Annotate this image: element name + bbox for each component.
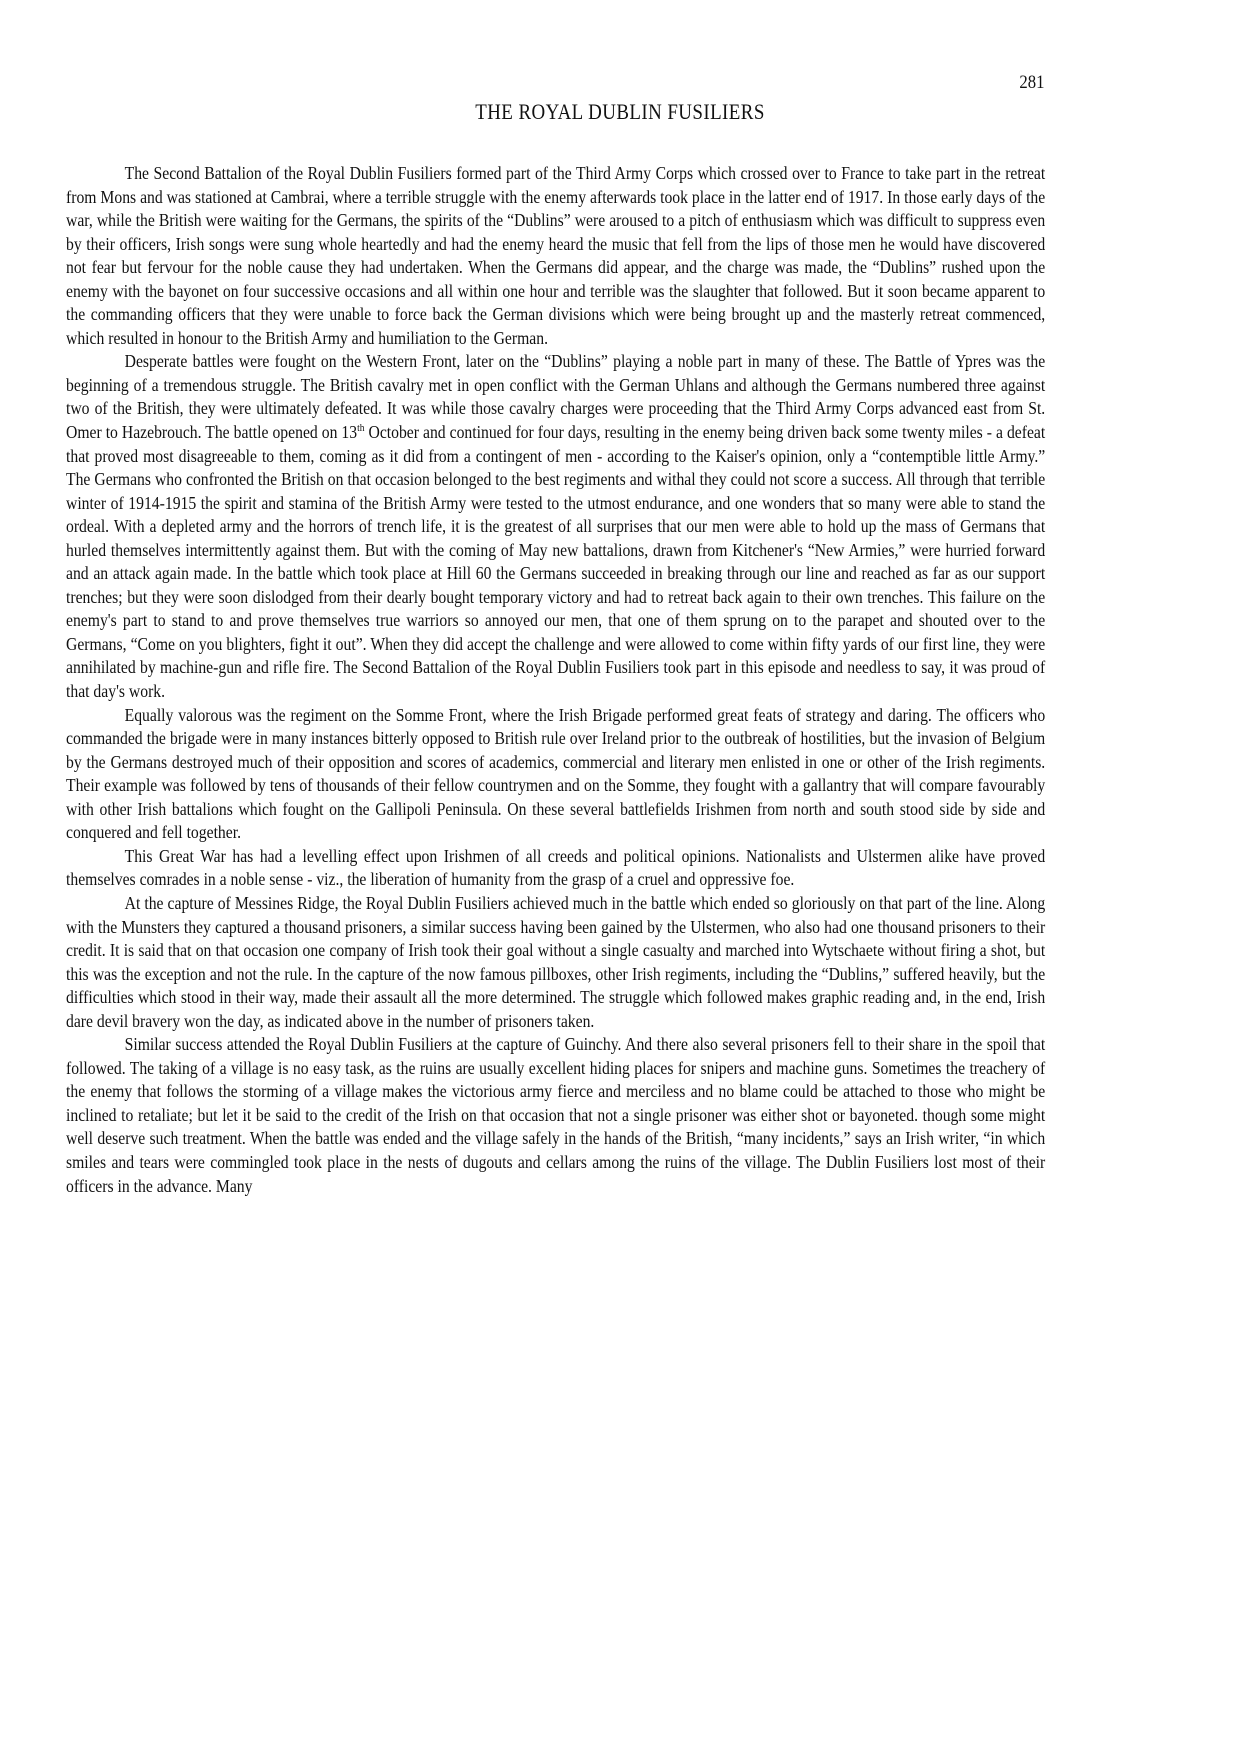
paragraph: Desperate battles were fought on the Wes… [66,350,1045,703]
paragraph: This Great War has had a levelling effec… [66,845,1045,892]
paragraph-text: October and continued for four days, res… [66,422,1045,701]
paragraph: Equally valorous was the regiment on the… [66,704,1045,845]
paragraph: The Second Battalion of the Royal Dublin… [66,162,1045,350]
body-text: The Second Battalion of the Royal Dublin… [66,162,1045,1198]
page-title: THE ROYAL DUBLIN FUSILIERS [87,99,1153,125]
paragraph: Similar success attended the Royal Dubli… [66,1033,1045,1198]
paragraph: At the capture of Messines Ridge, the Ro… [66,892,1045,1033]
document-page: 281 THE ROYAL DUBLIN FUSILIERS The Secon… [0,0,1240,1754]
page-number: 281 [1019,72,1044,94]
